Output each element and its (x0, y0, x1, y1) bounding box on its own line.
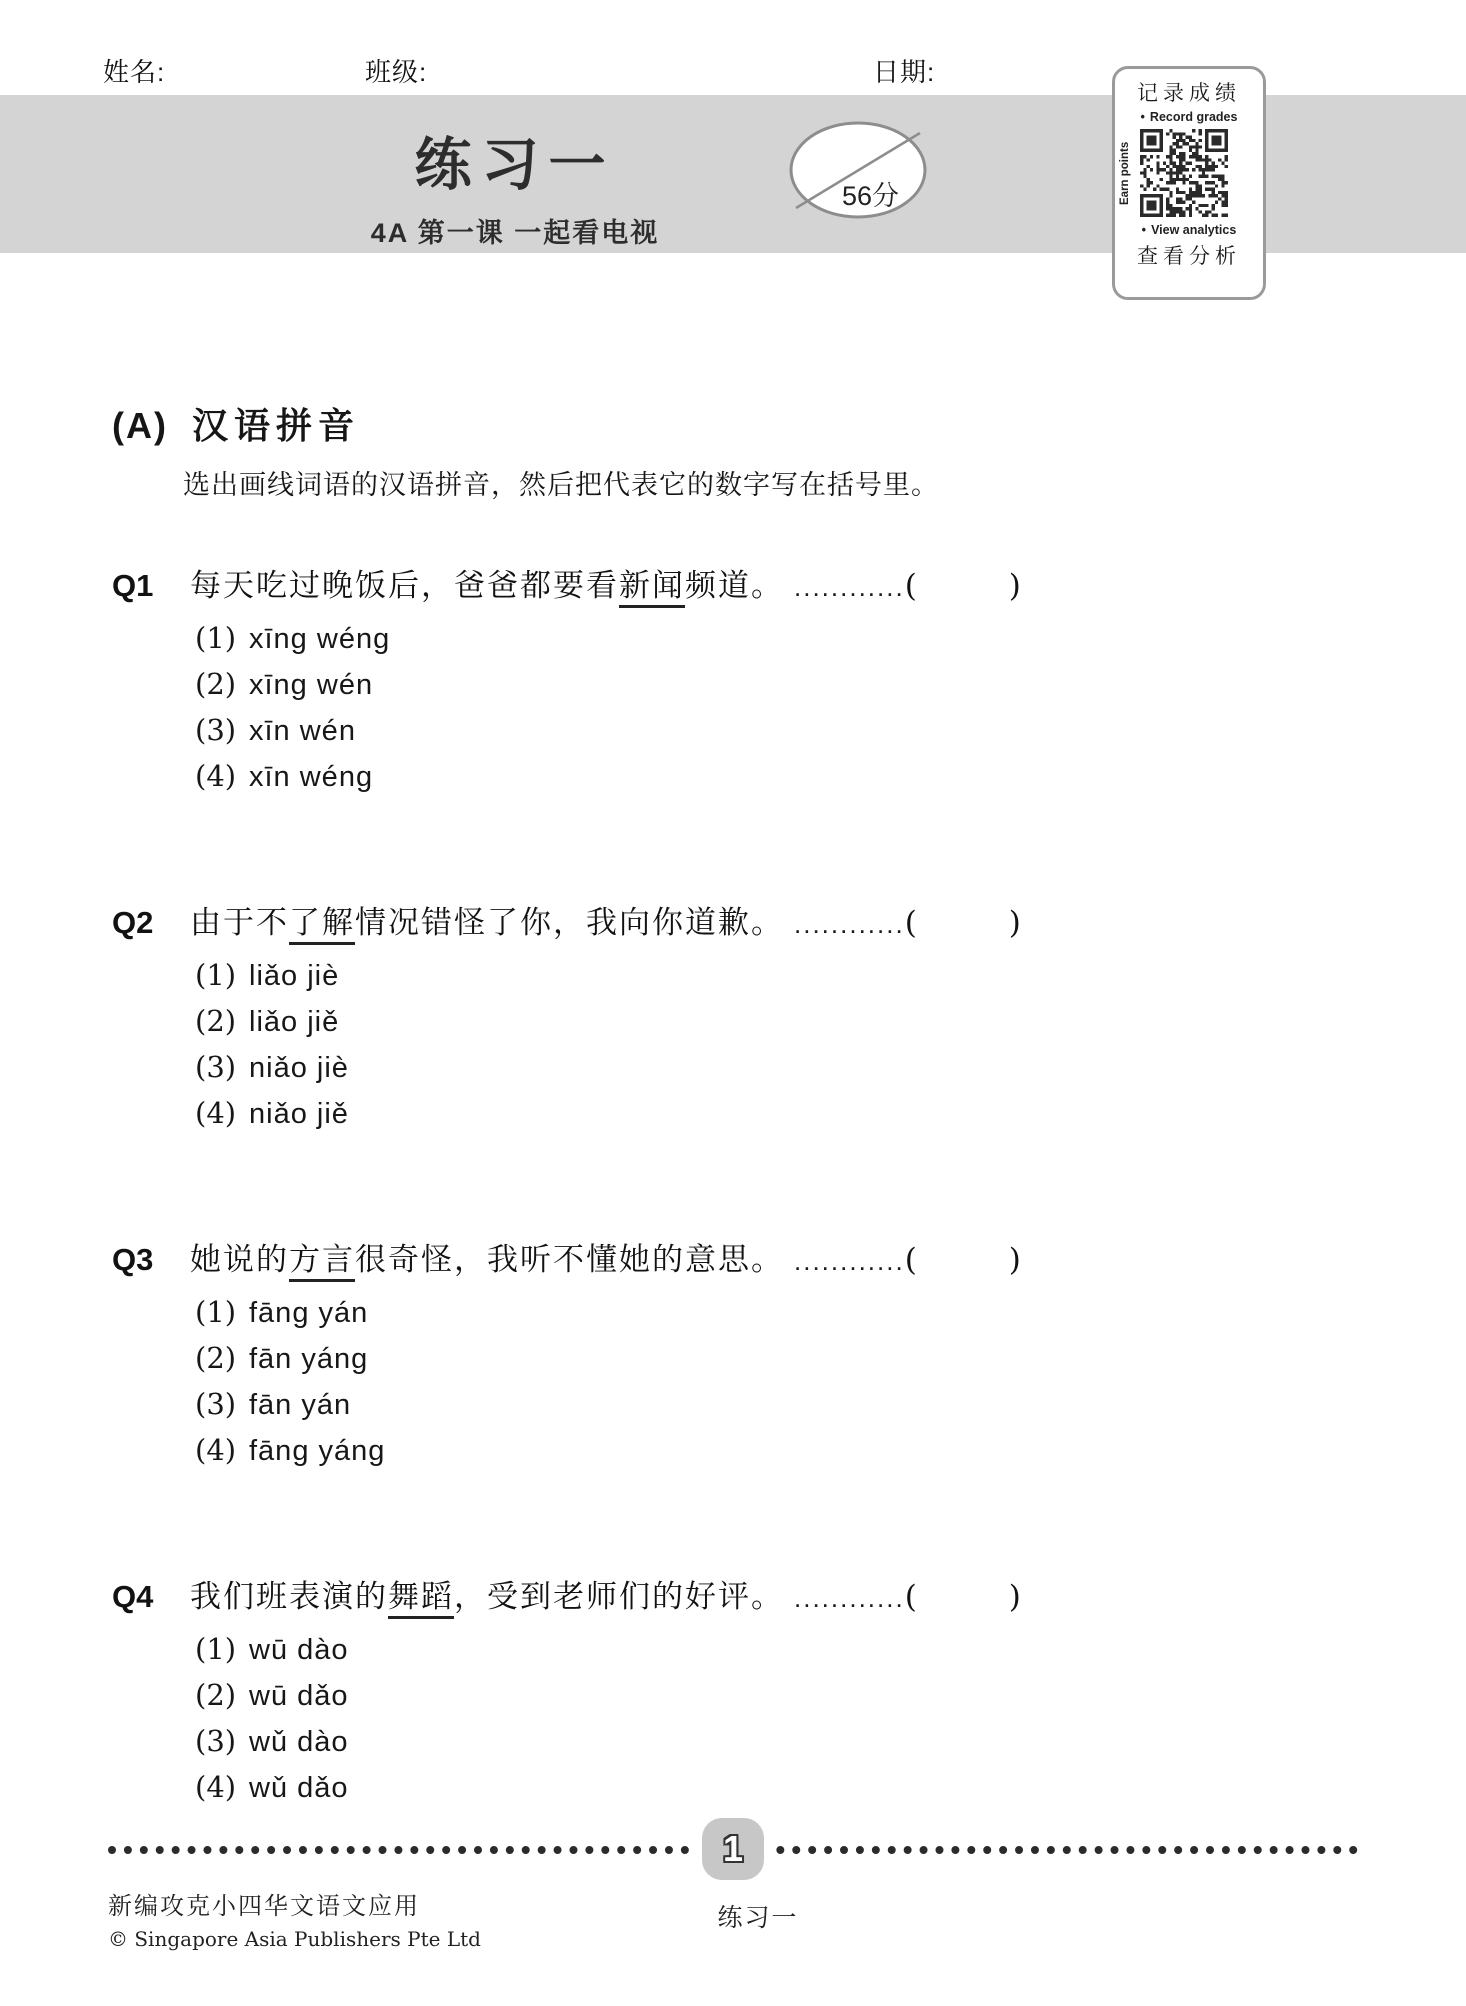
question-number: Q4 (112, 1579, 190, 1615)
option-row: (4)xīn wéng (195, 759, 1362, 805)
option-number: (3) (195, 1724, 249, 1758)
section-title: 汉语拼音 (192, 398, 360, 449)
option-row: (4)fāng yáng (195, 1433, 1362, 1479)
option-number: (2) (195, 1678, 249, 1712)
option-number: (1) (195, 621, 249, 655)
question-number: Q3 (112, 1242, 190, 1278)
question-stem: Q3 她说的方言很奇怪，我听不懂她的意思。 ............ ( ) (112, 1234, 1362, 1279)
qr-panel-title-cn: 记录成绩 (1119, 77, 1259, 107)
option-label: fāng yáng (249, 1435, 385, 1468)
name-label: 姓名: (103, 52, 165, 89)
question-text: 我们班表演的舞蹈，受到老师们的好评。 (190, 1571, 784, 1616)
option-row: (2)fān yáng (195, 1341, 1362, 1387)
option-label: fān yáng (249, 1343, 368, 1376)
question-number: Q1 (112, 568, 190, 604)
qr-bullet-view-analytics: •View analytics (1119, 223, 1259, 237)
question-q3: Q3 她说的方言很奇怪，我听不懂她的意思。 ............ ( ) (… (112, 1234, 1362, 1479)
answer-bracket-open: ( (905, 568, 917, 604)
option-label: liǎo jiè (249, 960, 339, 993)
option-label: xīng wén (249, 669, 373, 702)
option-row: (3)wǔ dào (195, 1724, 1362, 1770)
question-stem: Q1 每天吃过晚饭后，爸爸都要看新闻频道。 ............ ( ) (112, 560, 1362, 605)
answer-bracket-close: ) (1009, 1579, 1021, 1615)
option-label: niǎo jiě (249, 1098, 349, 1131)
qr-code-icon (1137, 126, 1231, 220)
question-stem: Q4 我们班表演的舞蹈，受到老师们的好评。 ............ ( ) (112, 1571, 1362, 1616)
question-q1: Q1 每天吃过晚饭后，爸爸都要看新闻频道。 ............ ( ) (… (112, 560, 1362, 805)
question-number: Q2 (112, 905, 190, 941)
option-number: (3) (195, 1050, 249, 1084)
publisher-credits: 新编攻克小四华文语文应用 © Singapore Asia Publishers… (108, 1886, 481, 1951)
bullet-icon: • (1142, 223, 1146, 237)
page-footer: 1 新编攻克小四华文语文应用 © Singapore Asia Publishe… (108, 1838, 1358, 1976)
total-score: 56分 (842, 174, 899, 213)
section-a-heading: (A) 汉语拼音 (112, 398, 1362, 449)
option-number: (4) (195, 1096, 249, 1130)
option-number: (1) (195, 958, 249, 992)
option-label: wǔ dào (249, 1726, 349, 1759)
question-text: 每天吃过晚饭后，爸爸都要看新闻频道。 (190, 560, 784, 605)
underlined-word: 新闻 (619, 568, 685, 608)
option-label: fāng yán (249, 1297, 368, 1330)
option-number: (2) (195, 1341, 249, 1375)
qr-side-earn-points: Earn points (1119, 127, 1135, 219)
option-label: wū dào (249, 1634, 349, 1667)
question-text: 由于不了解情况错怪了你，我向你道歉。 (190, 897, 784, 942)
answer-bracket-close: ) (1009, 905, 1021, 941)
option-row: (3)fān yán (195, 1387, 1362, 1433)
option-label: xīng wéng (249, 623, 390, 656)
dotted-leader: ............ (794, 909, 905, 940)
page-number-badge: 1 (702, 1818, 764, 1880)
option-label: wū dǎo (249, 1680, 349, 1713)
question-text: 她说的方言很奇怪，我听不懂她的意思。 (190, 1234, 784, 1279)
class-label: 班级: (365, 52, 427, 89)
section-label: (A) (112, 405, 168, 447)
answer-bracket-close: ) (1009, 1242, 1021, 1278)
option-label: fān yán (249, 1389, 351, 1422)
option-row: (2)wū dǎo (195, 1678, 1362, 1724)
series-title: 新编攻克小四华文语文应用 (108, 1886, 481, 1921)
answer-bracket-open: ( (905, 905, 917, 941)
option-row: (3)niǎo jiè (195, 1050, 1362, 1096)
score-oval: 56分 (786, 118, 930, 222)
date-label: 日期: (873, 52, 935, 89)
option-row: (1)wū dào (195, 1632, 1362, 1678)
option-number: (2) (195, 667, 249, 701)
option-row: (4)niǎo jiě (195, 1096, 1362, 1142)
option-number: (1) (195, 1632, 249, 1666)
option-label: wǔ dǎo (249, 1772, 349, 1805)
question-q4: Q4 我们班表演的舞蹈，受到老师们的好评。 ............ ( ) (… (112, 1571, 1362, 1816)
option-row: (3)xīn wén (195, 713, 1362, 759)
option-label: xīn wéng (249, 761, 373, 794)
option-row: (2)liǎo jiě (195, 1004, 1362, 1050)
dotted-leader: ............ (794, 1246, 905, 1277)
option-row: (1)xīng wéng (195, 621, 1362, 667)
answer-bracket-close: ) (1009, 568, 1021, 604)
dotted-leader: ............ (794, 1583, 905, 1614)
option-number: (4) (195, 1433, 249, 1467)
option-label: liǎo jiě (249, 1006, 339, 1039)
footer-exercise-label: 练习一 (717, 1898, 798, 1934)
underlined-word: 了解 (289, 905, 355, 945)
section-instruction: 选出画线词语的汉语拼音，然后把代表它的数字写在括号里。 (183, 463, 1362, 502)
option-number: (3) (195, 1387, 249, 1421)
option-number: (4) (195, 759, 249, 793)
option-row: (1)liǎo jiè (195, 958, 1362, 1004)
underlined-word: 舞蹈 (388, 1579, 454, 1619)
option-row: (2)xīng wén (195, 667, 1362, 713)
underlined-word: 方言 (289, 1242, 355, 1282)
option-number: (4) (195, 1770, 249, 1804)
qr-panel-bottom-cn: 查看分析 (1119, 240, 1259, 270)
option-number: (2) (195, 1004, 249, 1038)
page-number: 1 (723, 1828, 743, 1870)
dotted-leader: ............ (794, 572, 905, 603)
option-number: (3) (195, 713, 249, 747)
answer-bracket-open: ( (905, 1242, 917, 1278)
option-number: (1) (195, 1295, 249, 1329)
worksheet-page: 姓名: 班级: 日期: 练习一 4A 第一课 一起看电视 56分 记录成绩 •R… (0, 0, 1466, 2006)
bullet-icon: • (1141, 110, 1145, 124)
option-label: xīn wén (249, 715, 356, 748)
option-row: (1)fāng yán (195, 1295, 1362, 1341)
question-list: Q1 每天吃过晚饭后，爸爸都要看新闻频道。 ............ ( ) (… (112, 560, 1362, 1816)
copyright-line: © Singapore Asia Publishers Pte Ltd (108, 1927, 481, 1951)
main-content: (A) 汉语拼音 选出画线词语的汉语拼音，然后把代表它的数字写在括号里。 Q1 … (112, 398, 1362, 1908)
question-stem: Q2 由于不了解情况错怪了你，我向你道歉。 ............ ( ) (112, 897, 1362, 942)
option-label: niǎo jiè (249, 1052, 349, 1085)
option-row: (4)wǔ dǎo (195, 1770, 1362, 1816)
qr-panel: 记录成绩 •Record grades Earn points (1112, 66, 1266, 300)
qr-bullet-record-grades: •Record grades (1119, 110, 1259, 124)
answer-bracket-open: ( (905, 1579, 917, 1615)
question-q2: Q2 由于不了解情况错怪了你，我向你道歉。 ............ ( ) (… (112, 897, 1362, 1142)
